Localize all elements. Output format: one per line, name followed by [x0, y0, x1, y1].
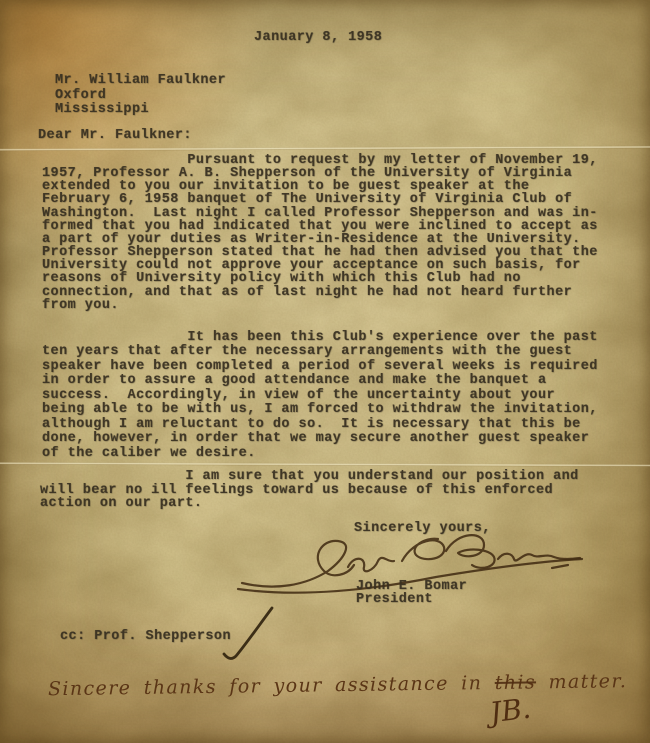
- letter-paragraph-2: It has been this Club's experience over …: [42, 331, 598, 461]
- letter-page: January 8, 1958 Mr. William Faulkner Oxf…: [0, 0, 650, 743]
- handwritten-note: Sincere thanks for your assistance in th…: [48, 670, 648, 700]
- handwritten-initials: JB.: [488, 692, 532, 730]
- note-struck-word: this: [495, 671, 537, 694]
- note-text-after: matter.: [536, 670, 627, 693]
- checkmark-icon: [214, 604, 278, 664]
- letter-paragraph-1: Pursuant to request by my letter of Nove…: [42, 154, 598, 312]
- letter-date: January 8, 1958: [254, 30, 382, 45]
- letter-paragraph-3: I am sure that you understand our positi…: [40, 470, 579, 511]
- signer-title: President: [356, 592, 433, 607]
- note-text-before: Sincere thanks for your assistance in: [48, 672, 495, 700]
- recipient-address: Mr. William Faulkner Oxford Mississippi: [55, 74, 226, 118]
- salutation: Dear Mr. Faulkner:: [38, 128, 192, 143]
- fold-crease: [0, 146, 650, 152]
- cc-line: cc: Prof. Shepperson: [60, 629, 231, 644]
- fold-crease: [0, 462, 650, 467]
